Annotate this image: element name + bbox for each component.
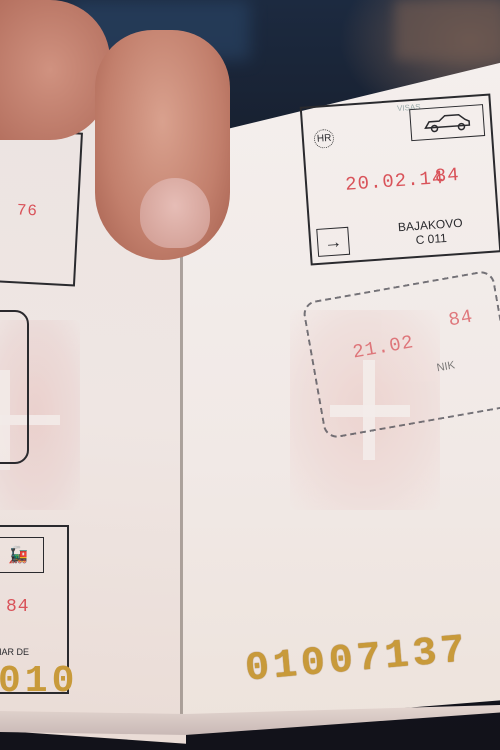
passport-spine <box>180 240 183 728</box>
car-icon <box>409 104 485 141</box>
train-icon: 🚂 <box>0 537 44 573</box>
hand-knuckle <box>0 0 110 140</box>
stamp-croatia-entry: VISAS HR 20.02.14 84 → BAJAKOVO C 011 <box>300 94 500 266</box>
passport-serial-left: 010 <box>0 660 78 703</box>
thumbnail <box>140 178 210 248</box>
wrist <box>395 0 500 60</box>
left-top-code: 76 <box>16 201 38 220</box>
entry-date: 20.02.14 <box>344 167 445 196</box>
stamp-left-middle <box>0 310 29 464</box>
country-badge: HR <box>313 129 335 149</box>
arrow-right-icon: → <box>316 227 350 257</box>
left-bottom-code: 84 <box>6 597 30 617</box>
serbia-code: 84 <box>447 305 475 331</box>
serbia-place: NIK <box>436 359 456 374</box>
entry-code: 84 <box>434 164 460 188</box>
stamp-left-top: 76 <box>0 128 83 287</box>
serbia-date: 21.02 <box>351 331 416 363</box>
left-bottom-place: MAR DE <box>0 647 29 657</box>
